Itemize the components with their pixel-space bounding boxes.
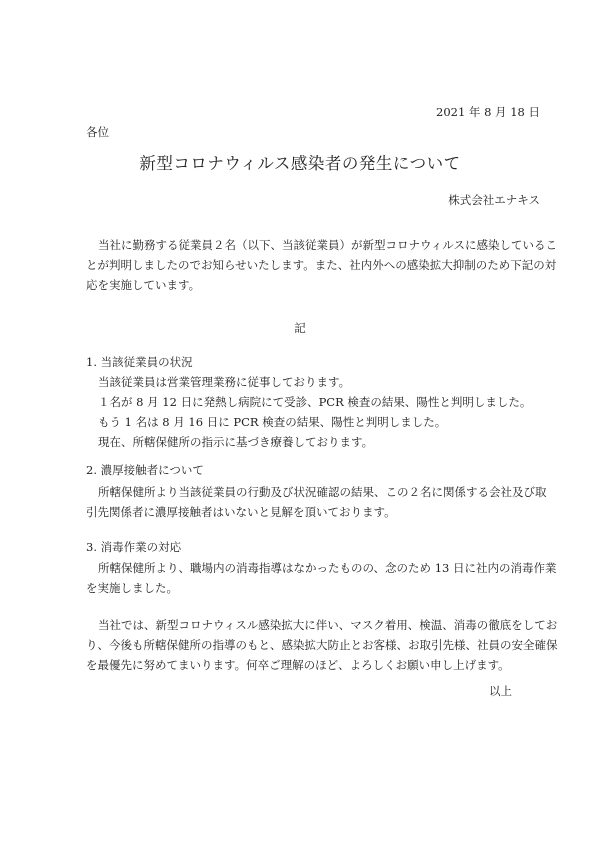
section-3-body: 所轄保健所より、職場内の消毒指導はなかったものの、念のため 13 日に社内の消毒… xyxy=(86,558,526,598)
section-line: を実施しました。 xyxy=(86,578,526,598)
closing-line: を最優先に努めてまいります。何卒ご理解のほど、よろしくお願い申し上げます。 xyxy=(86,655,526,675)
document-date: 2021 年 8 月 18 日 xyxy=(436,104,540,120)
section-line: 現在、所轄保健所の指示に基づき療養しております。 xyxy=(98,432,538,452)
section-2-heading: 2. 濃厚接触者について xyxy=(86,462,204,478)
section-line: もう 1 名は 8 月 16 日に PCR 検査の結果、陽性と判明しました。 xyxy=(98,412,538,432)
section-line: 当該従業員は営業管理業務に従事しております。 xyxy=(98,372,538,392)
addressee: 各位 xyxy=(86,124,109,140)
closing-line: 当社では、新型コロナウィスル感染拡大に伴い、マスク着用、検温、消毒の徹底をしてお xyxy=(86,615,526,635)
closing-line: り、今後も所轄保健所の指導のもと、感染拡大防止とお客様、お取引先様、社員の安全確… xyxy=(86,635,526,655)
intro-line: 当社に勤務する従業員２名（以下、当該従業員）が新型コロナウィルスに感染しているこ xyxy=(86,235,526,255)
section-line: 所轄保健所より当該従業員の行動及び状況確認の結果、この２名に関係する会社及び取 xyxy=(86,482,526,502)
section-line: 所轄保健所より、職場内の消毒指導はなかったものの、念のため 13 日に社内の消毒… xyxy=(86,558,526,578)
company-name: 株式会社エナキス xyxy=(448,192,540,208)
intro-line: とが判明しましたのでお知らせいたします。また、社内外への感染拡大抑制のため下記の… xyxy=(86,255,526,275)
document-title: 新型コロナウィルス感染者の発生について xyxy=(0,150,600,174)
intro-line: 応を実施しています。 xyxy=(86,275,526,295)
closing-paragraph: 当社では、新型コロナウィスル感染拡大に伴い、マスク着用、検温、消毒の徹底をしてお… xyxy=(86,615,526,675)
section-3-heading: 3. 消毒作業の対応 xyxy=(86,539,181,555)
section-2-body: 所轄保健所より当該従業員の行動及び状況確認の結果、この２名に関係する会社及び取 … xyxy=(86,482,526,522)
closing-mark: 以上 xyxy=(489,683,512,699)
section-1-body: 当該従業員は営業管理業務に従事しております。 １名が 8 月 12 日に発熱し病… xyxy=(98,372,538,452)
section-line: １名が 8 月 12 日に発熱し病院にて受診、PCR 検査の結果、陽性と判明しま… xyxy=(98,392,538,412)
section-1-heading: 1. 当該従業員の状況 xyxy=(86,354,193,370)
ki-heading: 記 xyxy=(0,320,600,336)
section-line: 引先関係者に濃厚接触者はいないと見解を頂いております。 xyxy=(86,502,526,522)
intro-paragraph: 当社に勤務する従業員２名（以下、当該従業員）が新型コロナウィルスに感染しているこ… xyxy=(86,235,526,295)
